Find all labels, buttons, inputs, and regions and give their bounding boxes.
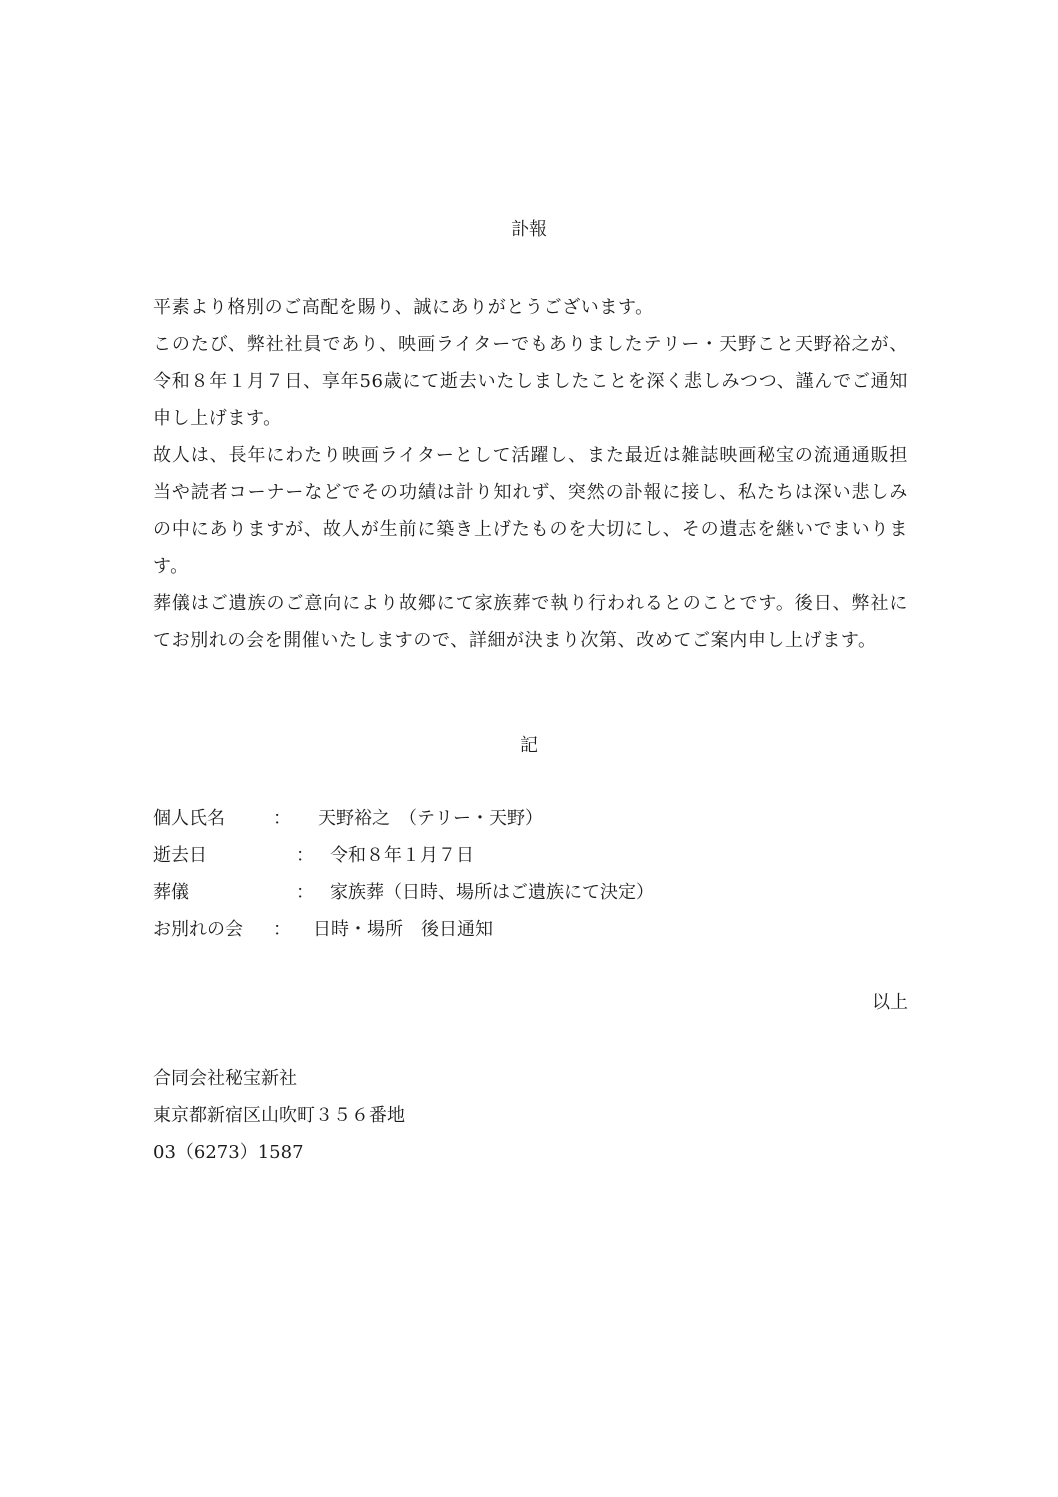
detail-separator: ：: [296, 874, 314, 911]
paragraph-announcement: このたび、弊社社員であり、映画ライターでもありましたテリー・天野こと天野裕之が、…: [153, 326, 908, 437]
closing-mark: 以上: [872, 988, 908, 1014]
detail-value: 家族葬（日時、場所はご遺族にて決定）: [330, 874, 654, 911]
document-page: 訃報 平素より格別のご高配を賜り、誠にありがとうございます。 このたび、弊社社員…: [0, 0, 1058, 1497]
company-name: 合同会社秘宝新社: [153, 1060, 405, 1097]
paragraph-tribute: 故人は、長年にわたり映画ライターとして活躍し、また最近は雑誌映画秘宝の流通通販担…: [153, 437, 908, 585]
detail-separator: ：: [273, 800, 291, 837]
detail-label: 個人氏名: [153, 800, 225, 837]
detail-value: 天野裕之 （テリー・天野）: [318, 800, 543, 837]
company-address: 東京都新宿区山吹町３５６番地: [153, 1097, 405, 1134]
detail-value: 日時・場所 後日通知: [313, 911, 493, 948]
company-phone: 03（6273）1587: [153, 1134, 405, 1171]
detail-label: お別れの会: [153, 911, 243, 948]
detail-label: 逝去日: [153, 837, 207, 874]
detail-label: 葬儀: [153, 874, 189, 911]
paragraph-greeting: 平素より格別のご高配を賜り、誠にありがとうございます。: [153, 289, 908, 326]
section-heading: 記: [0, 731, 1058, 757]
body-text: 平素より格別のご高配を賜り、誠にありがとうございます。 このたび、弊社社員であり…: [153, 289, 908, 659]
detail-separator: ：: [273, 911, 291, 948]
detail-value: 令和８年１月７日: [330, 837, 474, 874]
company-block: 合同会社秘宝新社 東京都新宿区山吹町３５６番地 03（6273）1587: [153, 1060, 405, 1171]
paragraph-funeral: 葬儀はご遺族のご意向により故郷にて家族葬で執り行われるとのことです。後日、弊社に…: [153, 585, 908, 659]
document-title: 訃報: [0, 215, 1058, 241]
detail-separator: ：: [296, 837, 314, 874]
